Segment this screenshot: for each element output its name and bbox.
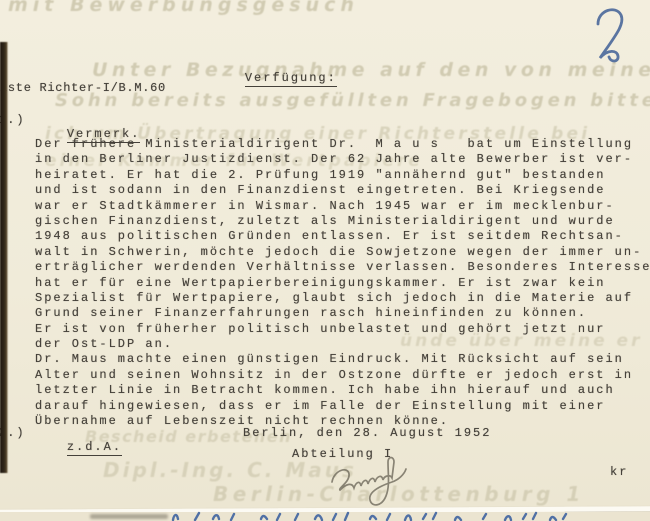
handwritten-page-number-icon — [588, 4, 634, 68]
typed-text-line: 1948 aus politischen Gründen entlassen. … — [35, 229, 650, 244]
typed-text-line: heiratet. Er hat die 2. Prüfung 1919 "an… — [35, 168, 650, 183]
typed-text-line: Dr. Maus machte einen günstigen Eindruck… — [35, 352, 650, 367]
bottom-cutoff-handwriting — [165, 511, 575, 521]
document-title: Verfügung: — [208, 57, 337, 99]
typed-text-line: Er ist von früherher politisch unbelaste… — [35, 322, 650, 337]
typed-text-line: und ist sodann in den Finanzdienst einge… — [35, 183, 650, 198]
bleedthrough-line: Unter Bezugnahme auf den von meinem — [92, 59, 650, 81]
typed-text-line: Spezialist für Wertpapiere, glaubt sich … — [35, 291, 650, 306]
reference-line: iste Richter-I/B.M.60 — [0, 81, 166, 95]
typed-text-line: in den Berliner Justizdienst. Der 62 Jah… — [35, 152, 650, 167]
scan-smudge — [90, 514, 168, 519]
bleedthrough-line: Dipl.-Ing. C. Maus — [103, 458, 357, 482]
typed-text-line: walt in Schwerin, möchte jedoch die Sowj… — [35, 245, 650, 260]
typed-text-line: Alter und seinen Wohnsitz in der Ostzone… — [35, 368, 650, 383]
typed-text-line: letzter Linie in Betracht kommen. Ich ha… — [35, 383, 650, 398]
signature-icon — [322, 452, 426, 508]
memo-body: Der frühere Ministerialdirigent Dr. M a … — [35, 137, 650, 429]
typed-text-line: Grund seiner Finanzerfahrungen rasch hin… — [35, 306, 650, 321]
typed-text-line: hat er für eine Wertpapierbereinigungska… — [35, 276, 650, 291]
scanned-document-page: mit Bewerbungsgesuch Unter Bezugnahme au… — [0, 0, 650, 521]
item2-heading-text: z.d.A. — [67, 440, 122, 456]
typed-text-line: gischen Finanzdienst, zuletzt als Minist… — [35, 214, 650, 229]
dateline: Berlin, den 28. August 1952 — [243, 426, 491, 440]
item2-heading: z.d.A. — [30, 426, 122, 468]
clerk-initials: kr — [610, 465, 628, 479]
scan-edge-strip — [0, 42, 8, 473]
bleedthrough-line: mit Bewerbungsgesuch — [8, 0, 359, 16]
typed-text-line: der Ost-LDP an. — [35, 337, 650, 352]
typed-text-line: darauf hingewiesen, dass er im Falle der… — [35, 399, 650, 414]
typed-text-line: war er Stadtkämmerer in Wismar. Nach 194… — [35, 199, 650, 214]
typed-text-line: Der frühere Ministerialdirigent Dr. M a … — [35, 137, 650, 152]
document-title-text: Verfügung: — [245, 71, 337, 87]
typed-text-line: erträglicher werdenden Verhältnisse verl… — [35, 260, 650, 275]
